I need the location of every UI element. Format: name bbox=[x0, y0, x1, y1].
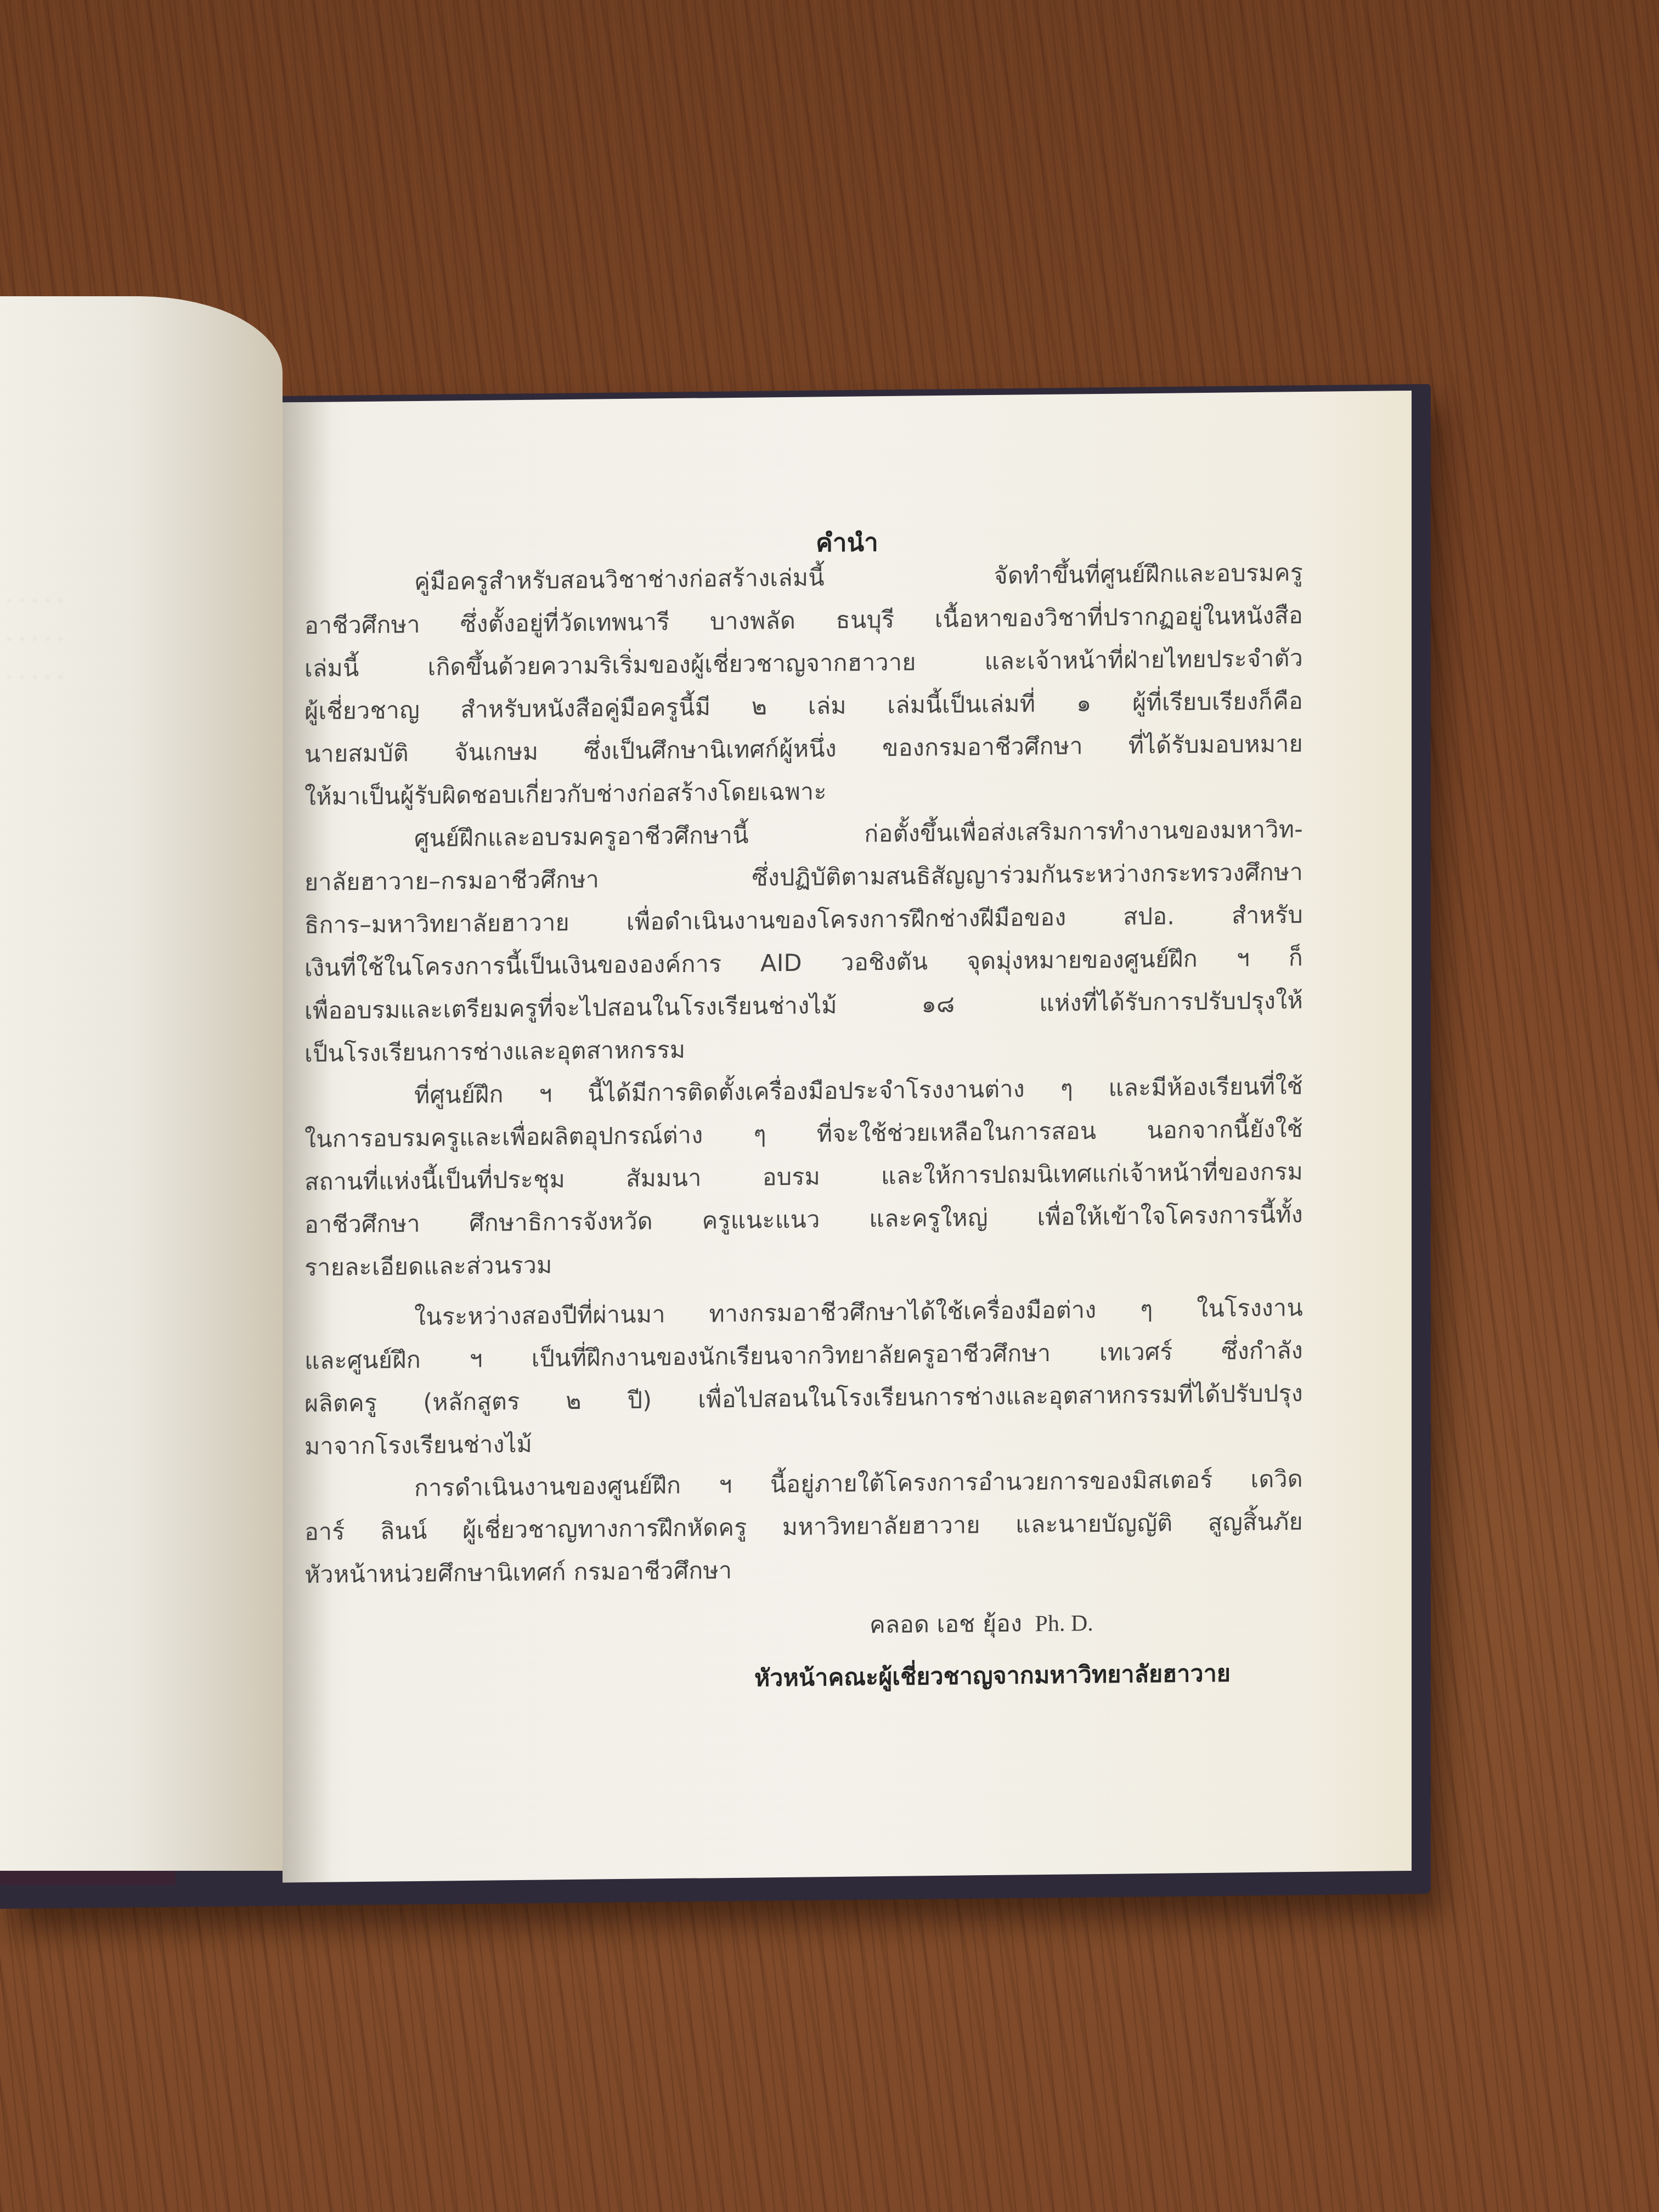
text-line: ธิการ–มหาวิทยาลัยฮาวาย เพื่อดำเนินงานของ… bbox=[304, 899, 1303, 942]
text-line: เป็นโรงเรียนการช่างและอุตสาหกรรม bbox=[304, 1027, 1303, 1070]
left-page-bleed-text: · · · · · · · · · · · · · · · bbox=[5, 582, 214, 697]
signature-title: หัวหน้าคณะผู้เชี่ยวชาญจากมหาวิทยาลัยฮาวา… bbox=[754, 1654, 1231, 1696]
text-line: ให้มาเป็นผู้รับผิดชอบเกี่ยวกับช่างก่อสร้… bbox=[304, 770, 1303, 814]
text-line: หัวหน้าหน่วยศึกษานิเทศก์ กรมอาชีวศึกษา bbox=[304, 1548, 1303, 1592]
text-line: อาชีวศึกษา ศึกษาธิการจังหวัด ครูแนะแนว แ… bbox=[304, 1198, 1303, 1242]
text-line: เพื่ออบรมและเตรียมครูที่จะไปสอนในโรงเรีย… bbox=[304, 984, 1303, 1028]
signature-name: คลอด เอช ยุ้อง bbox=[870, 1610, 1022, 1639]
text-line: สถานที่แห่งนี้เป็นที่ประชุม สัมมนา อบรม … bbox=[304, 1155, 1303, 1199]
text-line: ในระหว่างสองปีที่ผ่านมา ทางกรมอาชีวศึกษา… bbox=[304, 1291, 1303, 1335]
text-line: เงินที่ใช้ในโครงการนี้เป็นเงินขององค์การ… bbox=[304, 941, 1303, 985]
preface-content: คำนำ คู่มือครูสำหรับสอนวิชาช่างก่อสร้างเ… bbox=[283, 391, 1412, 1883]
text-line: ยาลัยฮาวาย–กรมอาชีวศึกษา ซึ่งปฏิบัติตามส… bbox=[304, 856, 1303, 899]
right-page: คำนำ คู่มือครูสำหรับสอนวิชาช่างก่อสร้างเ… bbox=[283, 391, 1412, 1883]
signature-degree: Ph. D. bbox=[1035, 1611, 1093, 1637]
text-line: และศูนย์ฝึก ฯ เป็นที่ฝึกงานของนักเรียนจา… bbox=[304, 1334, 1303, 1378]
signature-name-line: คลอด เอช ยุ้อง Ph. D. bbox=[870, 1604, 1093, 1643]
text-line: มาจากโรงเรียนช่างไม้ bbox=[304, 1420, 1303, 1463]
text-line: การดำเนินงานของศูนย์ฝึก ฯ นี้อยู่ภายใต้โ… bbox=[304, 1463, 1303, 1506]
text-line: เล่มนี้ เกิดขึ้นด้วยความริเริ่มของผู้เชี… bbox=[304, 642, 1303, 685]
text-line: นายสมบัติ จันเกษม ซึ่งเป็นศึกษานิเทศก์ผู… bbox=[304, 727, 1303, 771]
text-line: ผลิตครู (หลักสูตร ๒ ปี) เพื่อไปสอนในโรงเ… bbox=[304, 1377, 1303, 1420]
text-line: ศูนย์ฝึกและอบรมครูอาชีวศึกษานี้ ก่อตั้งข… bbox=[304, 813, 1303, 856]
left-page: · · · · · · · · · · · · · · · bbox=[0, 296, 283, 1871]
text-line: รายละเอียดและส่วนรวม bbox=[304, 1241, 1303, 1284]
text-line: ผู้เชี่ยวชาญ สำหรับหนังสือคู่มือครูนี้มี… bbox=[304, 685, 1303, 728]
text-line: อาร์ ลินน์ ผู้เชี่ยวชาญทางการฝึกหัดครู ม… bbox=[304, 1505, 1303, 1549]
text-line: ในการอบรมครูและเพื่อผลิตอุปกรณ์ต่าง ๆ ที… bbox=[304, 1113, 1303, 1156]
text-line: ที่ศูนย์ฝึก ฯ นี้ได้มีการติดตั้งเครื่องม… bbox=[304, 1070, 1303, 1113]
text-line: อาชีวศึกษา ซึ่งตั้งอยู่ที่วัดเทพนารี บาง… bbox=[304, 599, 1303, 642]
